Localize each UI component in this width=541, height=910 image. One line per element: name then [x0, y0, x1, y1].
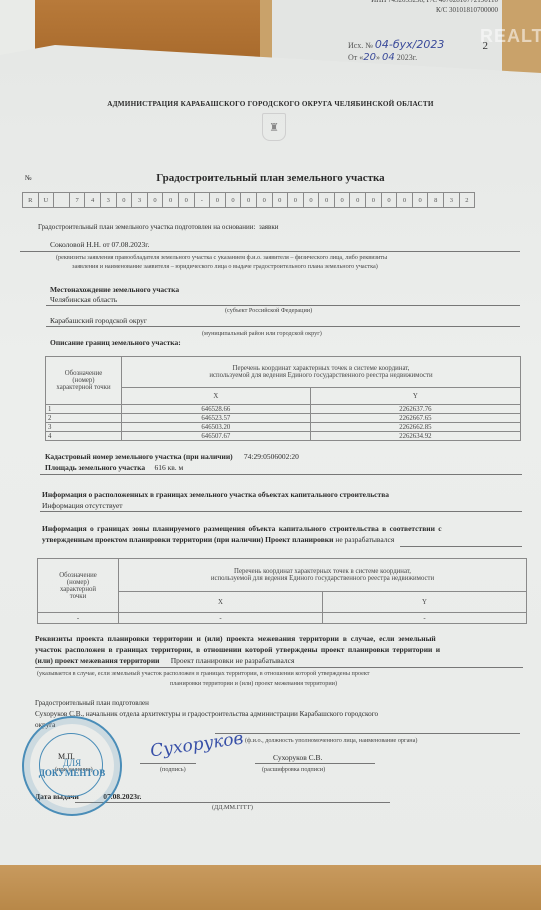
basis-line: Градостроительный план земельного участк…	[38, 223, 278, 231]
letter-date: От «20» 04 2023г.	[348, 52, 417, 63]
plan-number-cell	[53, 192, 70, 208]
plan-number-cell: 0	[209, 192, 226, 208]
plan-number-cell: 7	[69, 192, 86, 208]
prepared-note: (ф.и.о., должность уполномоченного лица,…	[245, 737, 417, 744]
cadastral-number: 74:29:0506002:20	[244, 452, 299, 461]
plan-number-cell: 4	[84, 192, 101, 208]
requisites-note-2: планировки территории и (или) проект меж…	[170, 680, 337, 687]
plan-number-cell: 0	[381, 192, 398, 208]
coord-cell-y: 2262662.85	[310, 423, 520, 432]
zone-row-n: -	[38, 613, 119, 624]
location-label: Местонахождение земельного участка	[50, 285, 179, 294]
cadastral-line: Кадастровый номер земельного участка (пр…	[45, 452, 299, 461]
divider	[20, 251, 520, 252]
plan-number-cell: 0	[318, 192, 335, 208]
letter-correspondent-account: К/С 30101810700000	[436, 6, 498, 14]
divider	[35, 667, 523, 668]
zone-coordinates-table: Обозначение (номер) характерной точки Пе…	[37, 558, 527, 624]
plan-number-cell: 0	[256, 192, 273, 208]
applicant: Соколовой Н.Н. от 07.08.2023г.	[50, 240, 149, 249]
plan-number-cell: 0	[349, 192, 366, 208]
zone-label-1: Информация о границах зоны планируемого …	[42, 524, 442, 533]
region: Челябинская область	[50, 295, 117, 304]
region-note: (субъект Российской Федерации)	[225, 307, 312, 314]
plan-number-cell: 3	[100, 192, 117, 208]
municipality: Карабашский городской округ	[50, 316, 147, 325]
coord-cell-n: 1	[46, 405, 122, 414]
watermark: REALT	[480, 26, 541, 47]
table-row: 4646507.672262634.92	[46, 432, 521, 441]
plan-number-cell: 0	[272, 192, 289, 208]
stamp-text: ДЛЯ	[24, 758, 120, 768]
outgoing-number: Исх. № 04-буx/2023	[348, 38, 444, 51]
zone-label-2: утвержденным проектом планировки террито…	[42, 535, 394, 544]
plan-number-cell: 3	[443, 192, 460, 208]
applicant-note-1: (реквизиты заявления правообладателя зем…	[56, 254, 387, 261]
coord-cell-x: 646503.20	[122, 423, 311, 432]
divider	[40, 474, 522, 475]
prepared-by-1: Сухоруков С.В., начальник отдела архитек…	[35, 710, 378, 718]
plan-number-cell: 0	[396, 192, 413, 208]
zone-value: не разрабатывался	[335, 535, 394, 544]
plan-number-cell: 0	[147, 192, 164, 208]
outgoing-number-handwritten: 04-буx/2023	[375, 38, 444, 51]
plan-number-cell: 0	[287, 192, 304, 208]
signer-note: (расшифровка подписи)	[262, 766, 325, 773]
header-designation: Обозначение (номер) характерной точки	[46, 357, 122, 405]
plan-number-cell: 8	[427, 192, 444, 208]
zone-header-y: Y	[322, 592, 526, 613]
municipality-note: (муниципальный район или городской округ…	[202, 330, 322, 337]
boundaries-label: Описание границ земельного участка:	[50, 338, 181, 347]
plan-number-cell: 0	[365, 192, 382, 208]
issue-date-note: (ДД.ММ.ГГГГ)	[212, 804, 253, 811]
header-coordinates-list: Перечень координат характерных точек в с…	[122, 357, 521, 388]
divider	[400, 546, 522, 547]
capital-label: Информация о расположенных в границах зе…	[42, 490, 389, 499]
zone-row-y: -	[322, 613, 526, 624]
coord-cell-y: 2262637.76	[310, 405, 520, 414]
letter-requisites: ИНН 7452035298, Р/С 40702810772190110	[371, 0, 498, 4]
plan-number-cell: 0	[162, 192, 179, 208]
divider	[75, 802, 390, 803]
header-y: Y	[310, 388, 520, 405]
plan-number-cell: 0	[334, 192, 351, 208]
applicant-note-2: заявления и наименование заявителя – юри…	[72, 263, 378, 270]
divider	[46, 326, 520, 327]
plan-number-cell: 0	[116, 192, 133, 208]
table-row: 1646528.662262637.76	[46, 405, 521, 414]
background-wood	[0, 865, 541, 910]
divider	[40, 511, 522, 512]
requisites-label-1: Реквизиты проекта планировки территории …	[35, 634, 436, 643]
divider	[215, 733, 520, 734]
administration-header: АДМИНИСТРАЦИЯ КАРАБАШСКОГО ГОРОДСКОГО ОК…	[0, 100, 541, 108]
signer-line	[255, 763, 375, 764]
document-title: Градостроительный план земельного участк…	[0, 172, 541, 184]
divider	[46, 305, 520, 306]
plan-number-cell: 0	[225, 192, 242, 208]
plan-number-cell: R	[22, 192, 39, 208]
plan-number-cell: 0	[303, 192, 320, 208]
plan-number-cell: 0	[412, 192, 429, 208]
coat-of-arms-icon: ♜	[262, 113, 286, 141]
coord-cell-n: 4	[46, 432, 122, 441]
plan-number-cell: 2	[459, 192, 476, 208]
coord-cell-x: 646528.66	[122, 405, 311, 414]
zone-header-designation: Обозначение (номер) характерной точки	[38, 559, 119, 613]
zone-header-x: X	[119, 592, 323, 613]
plan-number-cell: -	[194, 192, 211, 208]
signature-line	[140, 763, 196, 764]
requisites-label-3: (или) проект межевания территории Проект…	[35, 656, 294, 665]
coord-cell-y: 2262634.92	[310, 432, 520, 441]
requisites-note-1: (указывается в случае, если земельный уч…	[37, 670, 370, 677]
zone-header-coordinates-list: Перечень координат характерных точек в с…	[119, 559, 527, 592]
requisites-value: Проект планировки не разрабатывался	[171, 656, 295, 665]
signer-name: Сухоруков С.В.	[273, 753, 322, 762]
plan-number-cell: U	[38, 192, 55, 208]
signature-note: (подпись)	[160, 766, 186, 773]
coord-cell-x: 646507.67	[122, 432, 311, 441]
table-row: 3646503.202262662.85	[46, 423, 521, 432]
coord-cell-n: 3	[46, 423, 122, 432]
plan-number-cell: 3	[131, 192, 148, 208]
capital-value: Информация отсутствует	[42, 501, 123, 510]
plan-number-cells: RU74303000-00000000000000832	[22, 192, 474, 208]
coord-cell-x: 646523.57	[122, 414, 311, 423]
area-line: Площадь земельного участка 616 кв. м	[45, 463, 183, 472]
official-stamp: ДЛЯ ДОКУМЕНТОВ	[22, 716, 122, 816]
area-value: 616 кв. м	[154, 463, 183, 472]
header-x: X	[122, 388, 311, 405]
prepared-label: Градостроительный план подготовлен	[35, 699, 149, 707]
requisites-label-2: участок расположен в границах территории…	[35, 645, 440, 654]
table-row: 2646523.572262667.65	[46, 414, 521, 423]
stamp-text: ДОКУМЕНТОВ	[24, 768, 120, 778]
coordinates-table: Обозначение (номер) характерной точки Пе…	[45, 356, 521, 441]
plan-number-cell: 0	[178, 192, 195, 208]
coord-cell-y: 2262667.65	[310, 414, 520, 423]
coord-cell-n: 2	[46, 414, 122, 423]
zone-row-x: -	[119, 613, 323, 624]
plan-number-cell: 0	[240, 192, 257, 208]
